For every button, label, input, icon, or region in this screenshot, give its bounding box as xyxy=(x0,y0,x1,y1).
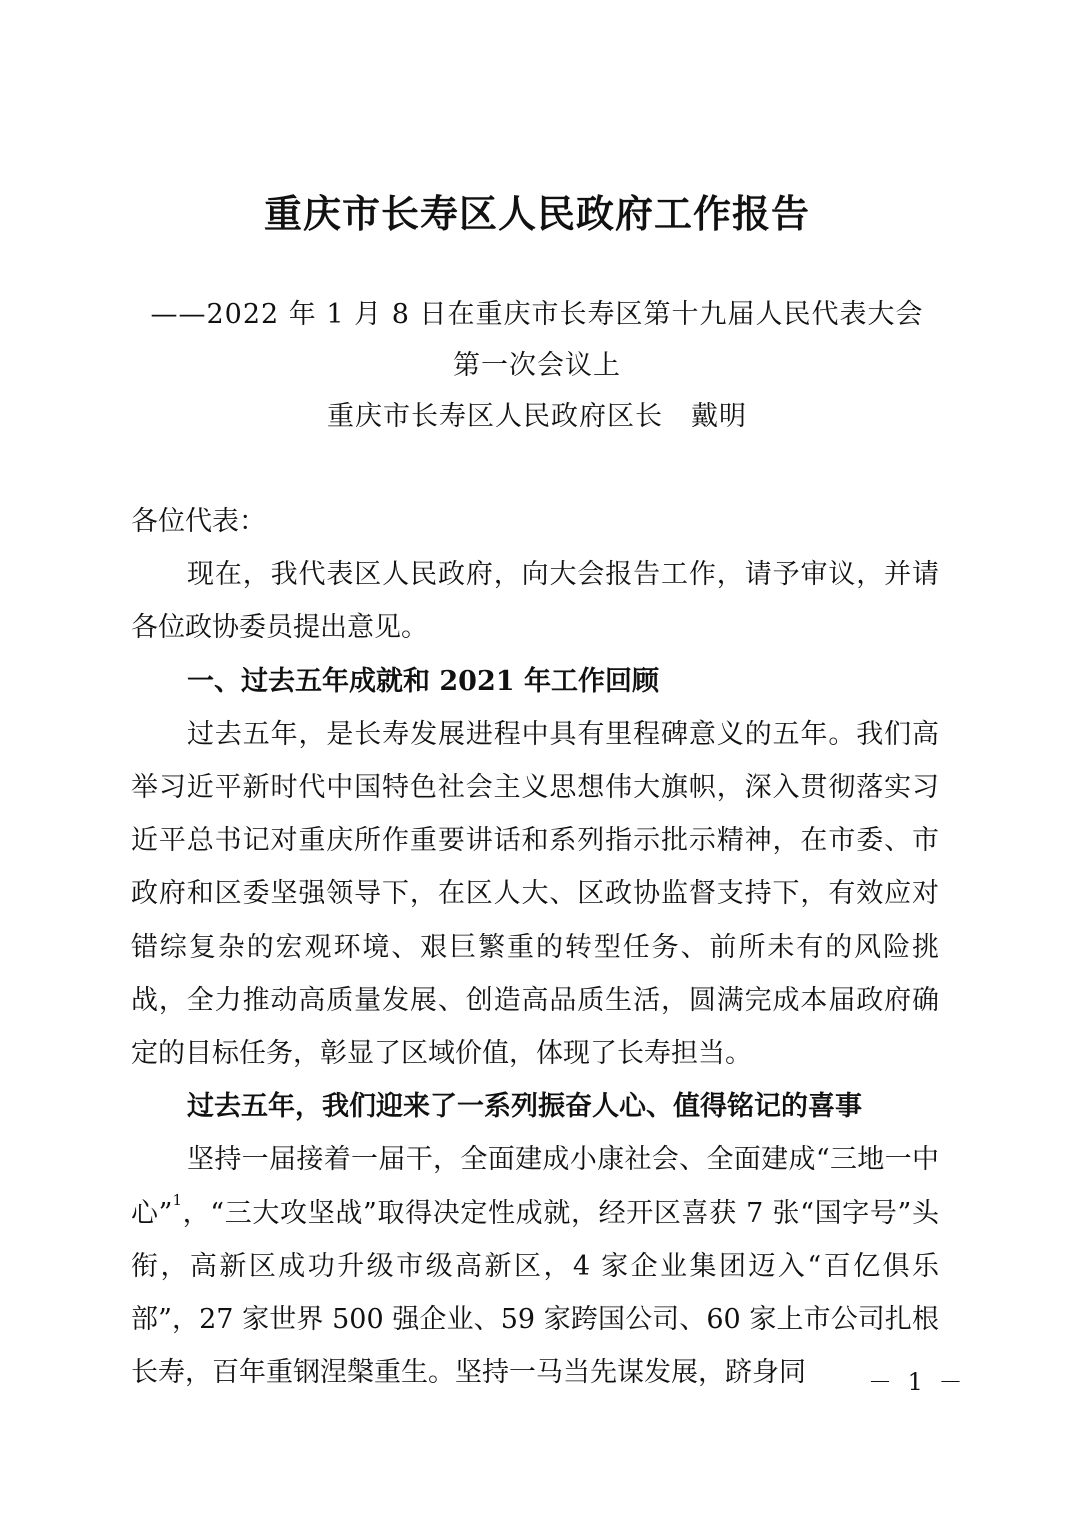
achievements-text-part2: ，“三大攻坚战”取得决定性成就，经开区喜获 7 张“国字号”头衔，高新区成功升级… xyxy=(131,1198,939,1389)
subtitle-meeting-date: ——2022 年 1 月 8 日在重庆市长寿区第十九届人民代表大会 xyxy=(0,292,1074,331)
subtitle-session: 第一次会议上 xyxy=(0,343,1074,382)
section-heading: 一、过去五年成就和 2021 年工作回顾 xyxy=(131,655,939,708)
salutation: 各位代表： xyxy=(131,495,939,548)
subsection-heading: 过去五年，我们迎来了一系列振奋人心、值得铭记的喜事 xyxy=(131,1080,939,1133)
document-page: 重庆市长寿区人民政府工作报告 ——2022 年 1 月 8 日在重庆市长寿区第十… xyxy=(0,0,1074,1520)
document-title: 重庆市长寿区人民政府工作报告 xyxy=(0,183,1074,238)
intro-paragraph: 现在，我代表区人民政府，向大会报告工作，请予审议，并请各位政协委员提出意见。 xyxy=(131,548,939,654)
subtitle-author: 重庆市长寿区人民政府区长 戴明 xyxy=(0,394,1074,433)
achievements-paragraph: 坚持一届接着一届干，全面建成小康社会、全面建成“三地一中心”1，“三大攻坚战”取… xyxy=(131,1133,939,1399)
document-body: 各位代表： 现在，我代表区人民政府，向大会报告工作，请予审议，并请各位政协委员提… xyxy=(131,495,939,1399)
footnote-marker[interactable]: 1 xyxy=(172,1191,182,1209)
page-number: － 1 － xyxy=(868,1362,967,1397)
review-paragraph: 过去五年，是长寿发展进程中具有里程碑意义的五年。我们高举习近平新时代中国特色社会… xyxy=(131,708,939,1080)
